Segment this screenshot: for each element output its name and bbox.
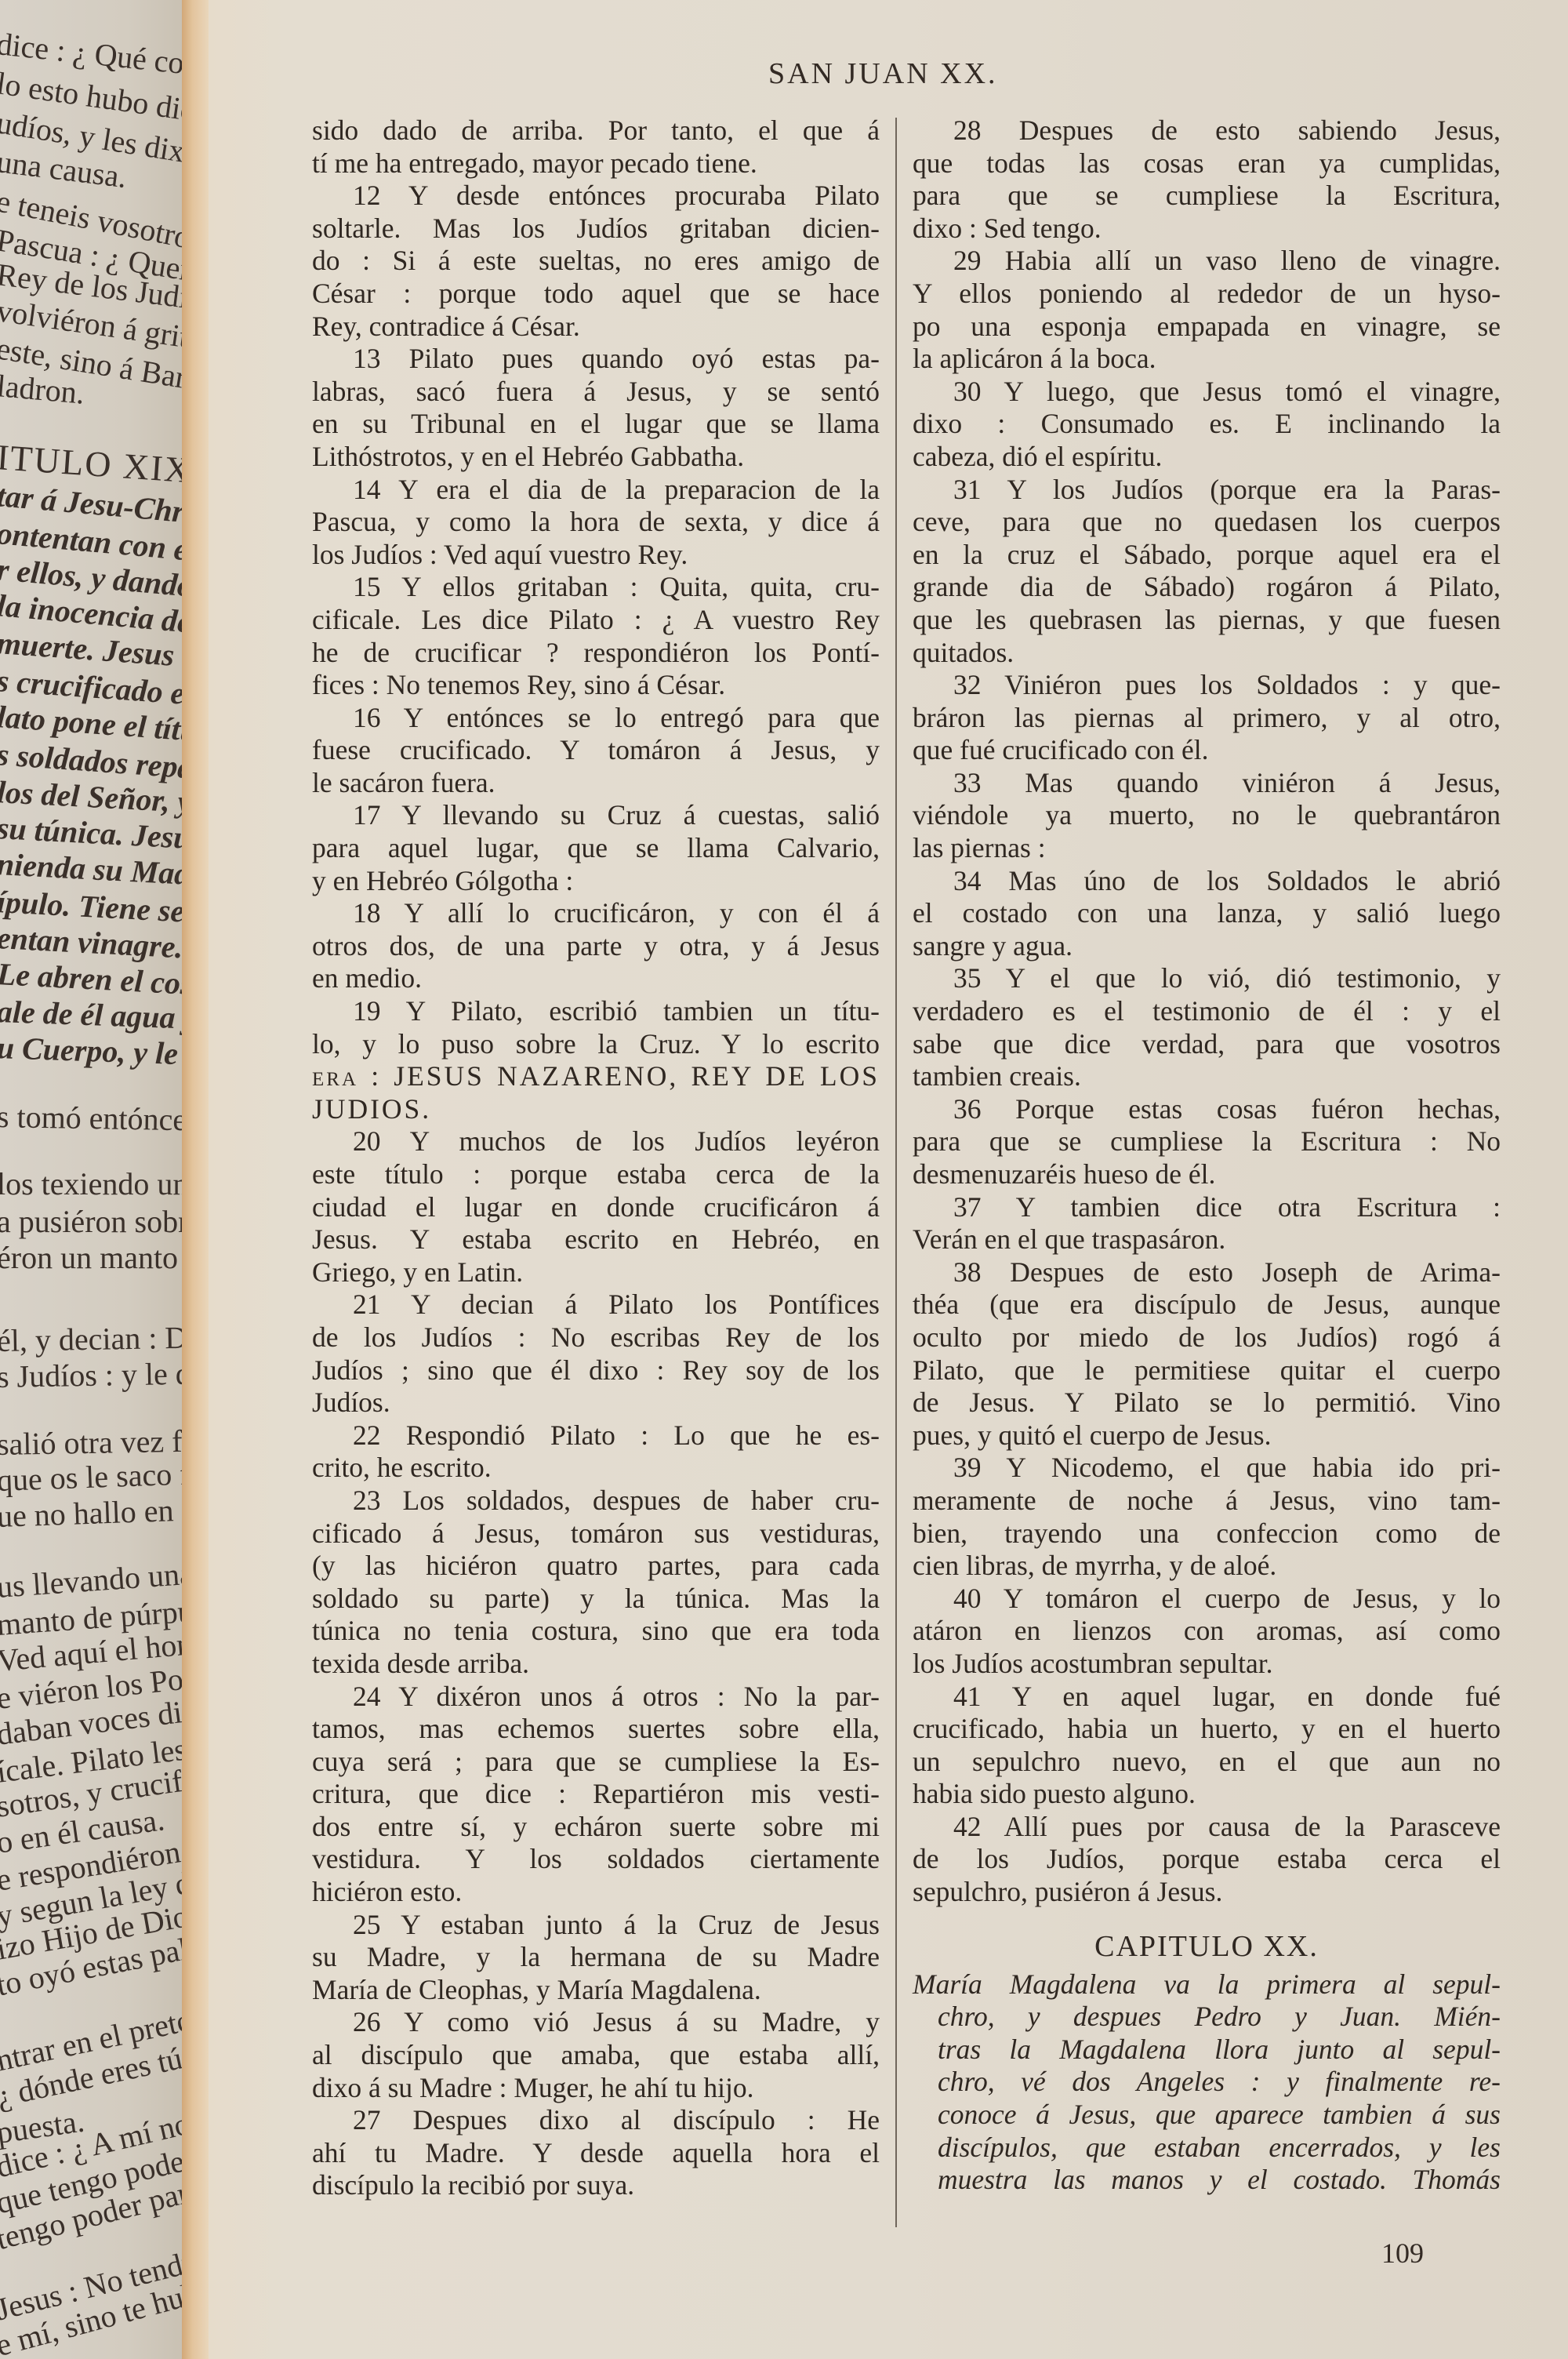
- text-line: do : Si á este sueltas, no eres amigo de: [312, 245, 880, 278]
- text-line: critura, que dice : Repartiéron mis vest…: [312, 1778, 880, 1811]
- text-line: este título : porque estaba cerca de la: [312, 1158, 880, 1191]
- text-line: bien, trayendo una confeccion como de: [913, 1518, 1501, 1550]
- text-line: 40 Y tomáron el cuerpo de Jesus, y lo: [913, 1583, 1501, 1616]
- text-line: los Judíos : Ved aquí vuestro Rey.: [312, 539, 880, 572]
- text-line: crito, he escrito.: [312, 1452, 880, 1485]
- text-line: verdadero es el testimonio de él : y el: [913, 995, 1501, 1028]
- text-line: desmenuzaréis hueso de él.: [913, 1158, 1501, 1191]
- text-line: 27 Despues dixo al discípulo : He: [312, 2104, 880, 2137]
- text-line: tamos, mas echemos suertes sobre ella,: [312, 1713, 880, 1746]
- text-line: 19 Y Pilato, escribió tambien un títu-: [312, 995, 880, 1028]
- summary-line: tras la Magdalena llora junto al sepul-: [913, 2034, 1501, 2066]
- text-line: 26 Y como vió Jesus á su Madre, y: [312, 2006, 880, 2039]
- summary-line: María Magdalena va la primera al sepul-: [913, 1968, 1501, 2001]
- text-line: Lithóstrotos, y en el Hebréo Gabbatha.: [312, 441, 880, 474]
- text-line: sabe que dice verdad, para que vosotros: [913, 1028, 1501, 1061]
- facing-page-line: él, y decian : Dios te: [0, 1321, 182, 1357]
- text-line: María de Cleophas, y María Magdalena.: [312, 1974, 880, 2007]
- text-line: Y ellos poniendo al rededor de un hyso-: [913, 278, 1501, 311]
- text-line: 16 Y entónces se lo entregó para que: [312, 702, 880, 735]
- text-line: 42 Allí pues por causa de la Parasceve: [913, 1811, 1501, 1844]
- text-line: 35 Y el que lo vió, dió testimonio, y: [913, 962, 1501, 995]
- text-line: dos entre sí, y echáron suerte sobre mi: [312, 1811, 880, 1844]
- text-line: 23 Los soldados, despues de haber cru-: [312, 1485, 880, 1518]
- facing-page-line: a pusiéron sobre la ca: [0, 1206, 182, 1238]
- text-line: era : JESUS NAZARENO, REY DE LOS: [312, 1060, 880, 1093]
- text-line: 38 Despues de esto Joseph de Arima-: [913, 1256, 1501, 1289]
- text-line: vestidura. Y los soldados ciertamente: [312, 1843, 880, 1876]
- facing-page-line: éron un manto de púr: [0, 1242, 182, 1274]
- text-line: 14 Y era el dia de la preparacion de la: [312, 474, 880, 507]
- text-line: cificado á Jesus, tomáron sus vestiduras…: [312, 1518, 880, 1550]
- text-line: 22 Respondió Pilato : Lo que he es-: [312, 1419, 880, 1452]
- text-line: 28 Despues de esto sabiendo Jesus,: [913, 114, 1501, 147]
- facing-page-line: que os le saco fuera: [0, 1456, 182, 1496]
- text-line: César : porque todo aquel que se hace: [312, 278, 880, 311]
- text-line: labras, sacó fuera á Jesus, y se sentó: [312, 376, 880, 409]
- facing-page-line: ladron.: [0, 370, 86, 409]
- text-line: Griego, y en Latin.: [312, 1256, 880, 1289]
- text-line: dixo : Sed tengo.: [913, 213, 1501, 245]
- text-line: y en Hebréo Gólgotha :: [312, 865, 880, 898]
- text-line: tí me ha entregado, mayor pecado tiene.: [312, 147, 880, 180]
- right-text-column: 28 Despues de esto sabiendo Jesus,que to…: [913, 114, 1501, 2197]
- text-line: de Jesus. Y Pilato se lo permitió. Vino: [913, 1387, 1501, 1419]
- text-line: lo, y lo puso sobre la Cruz. Y lo escrit…: [312, 1028, 880, 1061]
- facing-page: dice : ¿ Qué cosa es velo esto hubo dich…: [0, 0, 182, 2359]
- text-line: Judíos.: [312, 1387, 880, 1419]
- text-line: 41 Y en aquel lugar, en donde fué: [913, 1681, 1501, 1714]
- text-line: de los Judíos, porque estaba cerca el: [913, 1843, 1501, 1876]
- chapter-title: CAPITULO XX.: [913, 1931, 1501, 1965]
- text-line: hiciéron esto.: [312, 1876, 880, 1909]
- text-line: 39 Y Nicodemo, el que habia ido pri-: [913, 1452, 1501, 1485]
- text-line: 24 Y dixéron unos á otros : No la par-: [312, 1681, 880, 1714]
- text-line: fuese crucificado. Y tomáron á Jesus, y: [312, 734, 880, 767]
- summary-line: chro, vé dos Angeles : y finalmente re-: [913, 2066, 1501, 2099]
- page-number: 109: [1381, 2237, 1424, 2270]
- facing-page-line: ue no hallo en él causa: [0, 1491, 182, 1532]
- text-line: ceve, para que no quedasen los cuerpos: [913, 506, 1501, 539]
- text-line: texida desde arriba.: [312, 1648, 880, 1681]
- text-line: oculto por miedo de los Judíos) rogó á: [913, 1321, 1501, 1354]
- text-line: sangre y agua.: [913, 930, 1501, 963]
- text-line: que fué crucificado con él.: [913, 734, 1501, 767]
- text-line: en la cruz el Sábado, porque aquel era e…: [913, 539, 1501, 572]
- text-line: en su Tribunal en el lugar que se llama: [312, 408, 880, 441]
- summary-line: discípulos, que estaban encerrados, y le…: [913, 2132, 1501, 2165]
- text-line: otros dos, de una parte y otra, y á Jesu…: [312, 930, 880, 963]
- facing-page-line: salió otra vez fuera: [0, 1425, 182, 1460]
- facing-page-line: u Cuerpo, y le pone en: [0, 1032, 182, 1074]
- text-line: discípulo la recibió por suya.: [312, 2169, 880, 2202]
- text-line: he de crucificar ? respondiéron los Pont…: [312, 637, 880, 670]
- text-line: meramente de noche á Jesus, vino tam-: [913, 1485, 1501, 1518]
- text-line: le sacáron fuera.: [312, 767, 880, 800]
- text-line: que les quebrasen las piernas, y que fue…: [913, 604, 1501, 637]
- text-line: sepulchro, pusiéron á Jesus.: [913, 1876, 1501, 1909]
- text-line: 12 Y desde entónces procuraba Pilato: [312, 180, 880, 213]
- text-line: de los Judíos : No escribas Rey de los: [312, 1321, 880, 1354]
- text-line: Judíos ; sino que él dixo : Rey soy de l…: [312, 1354, 880, 1387]
- text-line: un sepulchro nuevo, en el que aun no: [913, 1746, 1501, 1779]
- text-line: 31 Y los Judíos (porque era la Paras-: [913, 474, 1501, 507]
- text-line: Verán en el que traspasáron.: [913, 1223, 1501, 1256]
- text-line: JUDIOS.: [312, 1093, 880, 1126]
- chapter-summary: María Magdalena va la primera al sepul-c…: [913, 1968, 1501, 2197]
- text-line: quitados.: [913, 637, 1501, 670]
- text-line: su Madre, y la hermana de su Madre: [312, 1941, 880, 1974]
- text-line: 25 Y estaban junto á la Cruz de Jesus: [312, 1909, 880, 1942]
- book-gutter: [182, 0, 209, 2359]
- text-line: cuya será ; para que se cumpliese la Es-: [312, 1746, 880, 1779]
- column-divider: [895, 118, 897, 2227]
- text-line: po una esponja empapada en vinagre, se: [913, 311, 1501, 343]
- text-line: al discípulo que amaba, que estaba allí,: [312, 2039, 880, 2072]
- text-line: 17 Y llevando su Cruz á cuestas, salió: [312, 799, 880, 832]
- summary-line: chro, y despues Pedro y Juan. Mién-: [913, 2001, 1501, 2034]
- left-text-column: sido dado de arriba. Por tanto, el que á…: [312, 114, 880, 2202]
- text-line: los Judíos acostumbran sepultar.: [913, 1648, 1501, 1681]
- text-line: 15 Y ellos gritaban : Quita, quita, cru-: [312, 571, 880, 604]
- facing-page-line: s tomó entónces á Jesus: [0, 1101, 182, 1138]
- text-line: fices : No tenemos Rey, sino á César.: [312, 669, 880, 702]
- text-line: las piernas :: [913, 832, 1501, 865]
- text-line: para que se cumpliese la Escritura : No: [913, 1125, 1501, 1158]
- text-line: soltarle. Mas los Judíos gritaban dicien…: [312, 213, 880, 245]
- text-line: viéndole ya muerto, no le quebrantáron: [913, 799, 1501, 832]
- summary-line: muestra las manos y el costado. Thomás: [913, 2164, 1501, 2197]
- text-line: 21 Y decian á Pilato los Pontífices: [312, 1289, 880, 1321]
- text-line: 13 Pilato pues quando oyó estas pa-: [312, 343, 880, 376]
- text-line: pues, y quitó el cuerpo de Jesus.: [913, 1419, 1501, 1452]
- text-line: bráron las piernas al primero, y al otro…: [913, 702, 1501, 735]
- text-line: crucificado, habia un huerto, y en el hu…: [913, 1713, 1501, 1746]
- text-line: tambien creais.: [913, 1060, 1501, 1093]
- text-line: sido dado de arriba. Por tanto, el que á: [312, 114, 880, 147]
- text-line: habia sido puesto alguno.: [913, 1778, 1501, 1811]
- text-line: cabeza, dió el espíritu.: [913, 441, 1501, 474]
- text-line: 18 Y allí lo crucificáron, y con él á: [312, 897, 880, 930]
- text-line: cien libras, de myrrha, y de aloé.: [913, 1550, 1501, 1583]
- text-line: túnica no tenia costura, sino que era to…: [312, 1615, 880, 1648]
- text-line: Rey, contradice á César.: [312, 311, 880, 343]
- running-head: SAN JUAN XX.: [768, 56, 998, 91]
- text-line: que todas las cosas eran ya cumplidas,: [913, 147, 1501, 180]
- text-line: 30 Y luego, que Jesus tomó el vinagre,: [913, 376, 1501, 409]
- text-line: cificale. Les dice Pilato : ¿ A vuestro …: [312, 604, 880, 637]
- text-line: théa (que era discípulo de Jesus, aunque: [913, 1289, 1501, 1321]
- text-line: ciudad el lugar en donde crucificáron á: [312, 1191, 880, 1224]
- text-line: atáron en lienzos con aromas, así como: [913, 1615, 1501, 1648]
- text-line: grande dia de Sábado) rogáron á Pilato,: [913, 571, 1501, 604]
- text-line: Pilato, que le permitiese quitar el cuer…: [913, 1354, 1501, 1387]
- text-line: 20 Y muchos de los Judíos leyéron: [312, 1125, 880, 1158]
- summary-line: conoce á Jesus, que aparece tambien á su…: [913, 2099, 1501, 2132]
- text-line: 37 Y tambien dice otra Escritura :: [913, 1191, 1501, 1224]
- text-line: 36 Porque estas cosas fuéron hechas,: [913, 1093, 1501, 1126]
- text-line: el costado con una lanza, y salió luego: [913, 897, 1501, 930]
- facing-page-line: s Judíos : y le daban de: [0, 1357, 182, 1393]
- text-line: dixo : Consumado es. E inclinando la: [913, 408, 1501, 441]
- verses-chapter-19: 28 Despues de esto sabiendo Jesus,que to…: [913, 114, 1501, 1909]
- text-line: dixo á su Madre : Muger, he ahí tu hijo.: [312, 2072, 880, 2105]
- text-line: soldado su parte) y la túnica. Mas la: [312, 1583, 880, 1616]
- text-line: para aquel lugar, que se llama Calvario,: [312, 832, 880, 865]
- text-line: para que se cumpliese la Escritura,: [913, 180, 1501, 213]
- text-line: 32 Viniéron pues los Soldados : y que-: [913, 669, 1501, 702]
- text-line: Jesus. Y estaba escrito en Hebréo, en: [312, 1223, 880, 1256]
- text-line: 29 Habia allí un vaso lleno de vinagre.: [913, 245, 1501, 278]
- text-line: en medio.: [312, 962, 880, 995]
- text-line: (y las hiciéron quatro partes, para cada: [312, 1550, 880, 1583]
- text-line: ahí tu Madre. Y desde aquella hora el: [312, 2137, 880, 2170]
- text-line: Pascua, y como la hora de sexta, y dice …: [312, 506, 880, 539]
- text-line: 33 Mas quando viniéron á Jesus,: [913, 767, 1501, 800]
- facing-page-line: los texiendo una corona: [0, 1169, 182, 1200]
- text-line: la aplicáron á la boca.: [913, 343, 1501, 376]
- text-line: 34 Mas úno de los Soldados le abrió: [913, 865, 1501, 898]
